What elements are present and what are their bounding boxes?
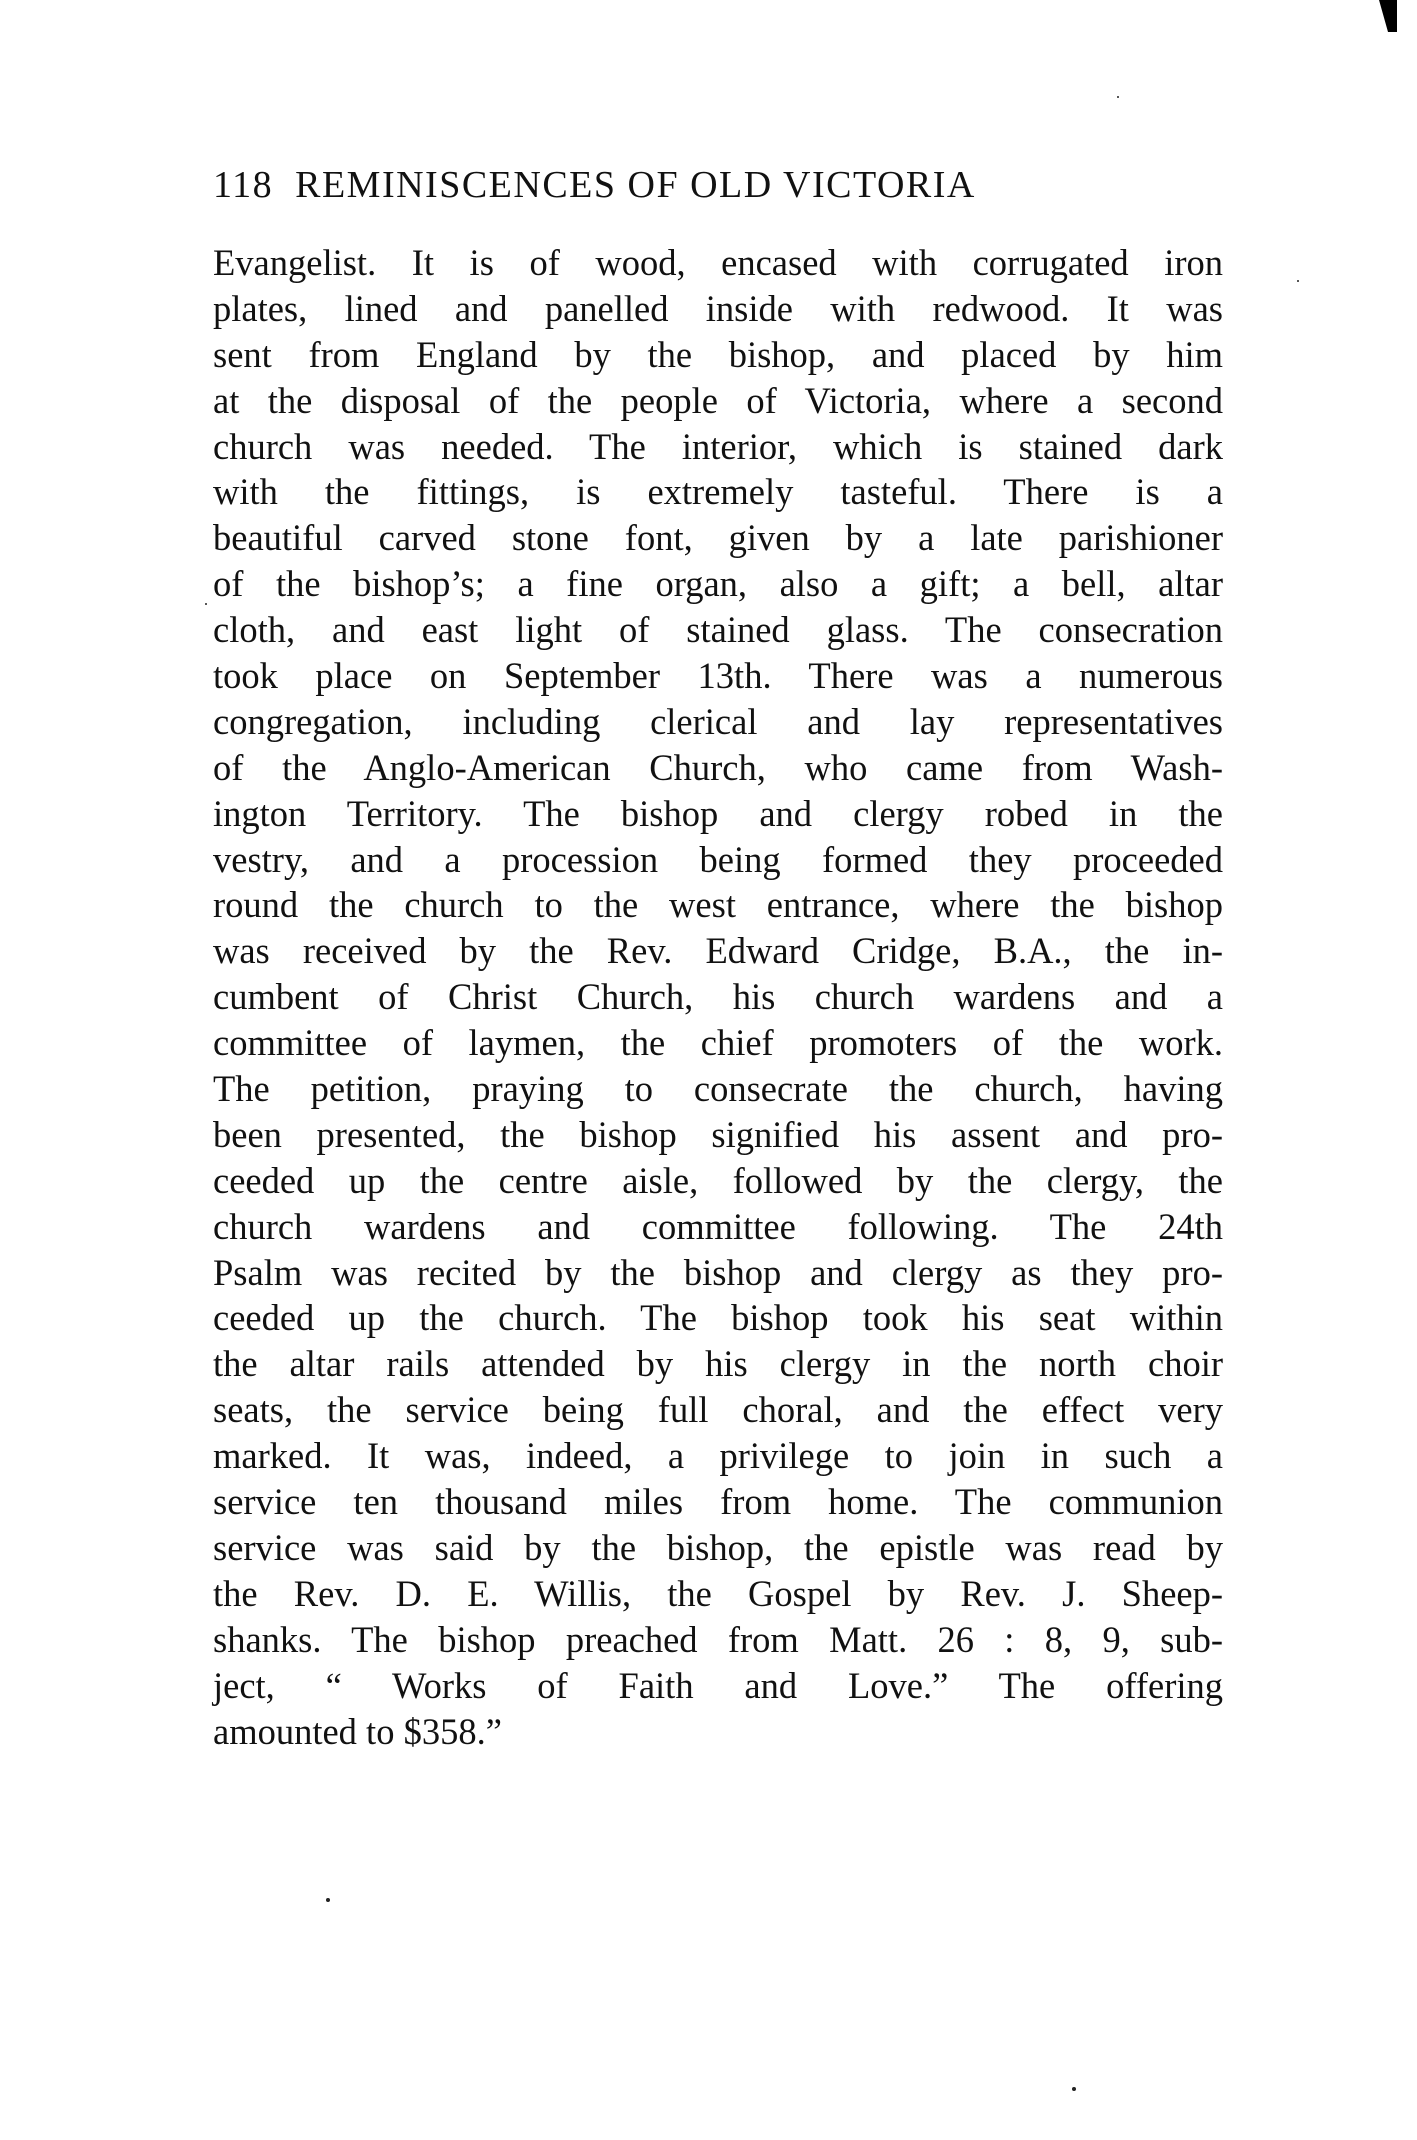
text-line: ington Territory. The bishop and clergy …	[213, 791, 1223, 837]
scan-speck	[1072, 2087, 1076, 2091]
text-line: The petition, praying to consecrate the …	[213, 1066, 1223, 1112]
text-line: church was needed. The interior, which i…	[213, 424, 1223, 470]
scan-speck	[1117, 96, 1119, 98]
text-line: of the bishop’s; a fine organ, also a gi…	[213, 561, 1223, 607]
text-line: marked. It was, indeed, a privilege to j…	[213, 1433, 1223, 1479]
text-line: ject, “ Works of Faith and Love.” The of…	[213, 1663, 1223, 1709]
text-line: congregation, including clerical and lay…	[213, 699, 1223, 745]
text-line: ceeded up the centre aisle, followed by …	[213, 1158, 1223, 1204]
scan-speck	[1297, 280, 1299, 282]
text-line: cloth, and east light of stained glass. …	[213, 607, 1223, 653]
text-line: service ten thousand miles from home. Th…	[213, 1479, 1223, 1525]
text-line: been presented, the bishop signified his…	[213, 1112, 1223, 1158]
text-line: at the disposal of the people of Victori…	[213, 378, 1223, 424]
text-line: the altar rails attended by his clergy i…	[213, 1341, 1223, 1387]
running-head: 118REMINISCENCES OF OLD VICTORIA	[213, 162, 1223, 208]
text-line: beautiful carved stone font, given by a …	[213, 515, 1223, 561]
text-line-last: amounted to $358.”	[213, 1709, 1223, 1755]
text-line: took place on September 13th. There was …	[213, 653, 1223, 699]
page-number: 118	[213, 164, 273, 206]
text-line: Evangelist. It is of wood, encased with …	[213, 240, 1223, 286]
text-line: ceeded up the church. The bishop took hi…	[213, 1295, 1223, 1341]
text-line: seats, the service being full choral, an…	[213, 1387, 1223, 1433]
scan-speck	[205, 603, 207, 605]
text-line: committee of laymen, the chief promoters…	[213, 1020, 1223, 1066]
text-line: cumbent of Christ Church, his church war…	[213, 974, 1223, 1020]
text-line: Psalm was recited by the bishop and cler…	[213, 1250, 1223, 1296]
scan-corner-mark	[1379, 0, 1397, 32]
text-line: of the Anglo-American Church, who came f…	[213, 745, 1223, 791]
text-line: was received by the Rev. Edward Cridge, …	[213, 928, 1223, 974]
text-line: service was said by the bishop, the epis…	[213, 1525, 1223, 1571]
text-line: church wardens and committee following. …	[213, 1204, 1223, 1250]
text-line: sent from England by the bishop, and pla…	[213, 332, 1223, 378]
text-line: plates, lined and panelled inside with r…	[213, 286, 1223, 332]
book-title: REMINISCENCES OF OLD VICTORIA	[295, 164, 976, 206]
text-line: with the fittings, is extremely tasteful…	[213, 469, 1223, 515]
scan-speck	[326, 1898, 330, 1902]
book-page: 118REMINISCENCES OF OLD VICTORIA Evangel…	[0, 0, 1417, 2140]
body-text: Evangelist. It is of wood, encased with …	[213, 240, 1223, 1754]
text-line: shanks. The bishop preached from Matt. 2…	[213, 1617, 1223, 1663]
text-line: the Rev. D. E. Willis, the Gospel by Rev…	[213, 1571, 1223, 1617]
text-line: vestry, and a procession being formed th…	[213, 837, 1223, 883]
text-line: round the church to the west entrance, w…	[213, 882, 1223, 928]
